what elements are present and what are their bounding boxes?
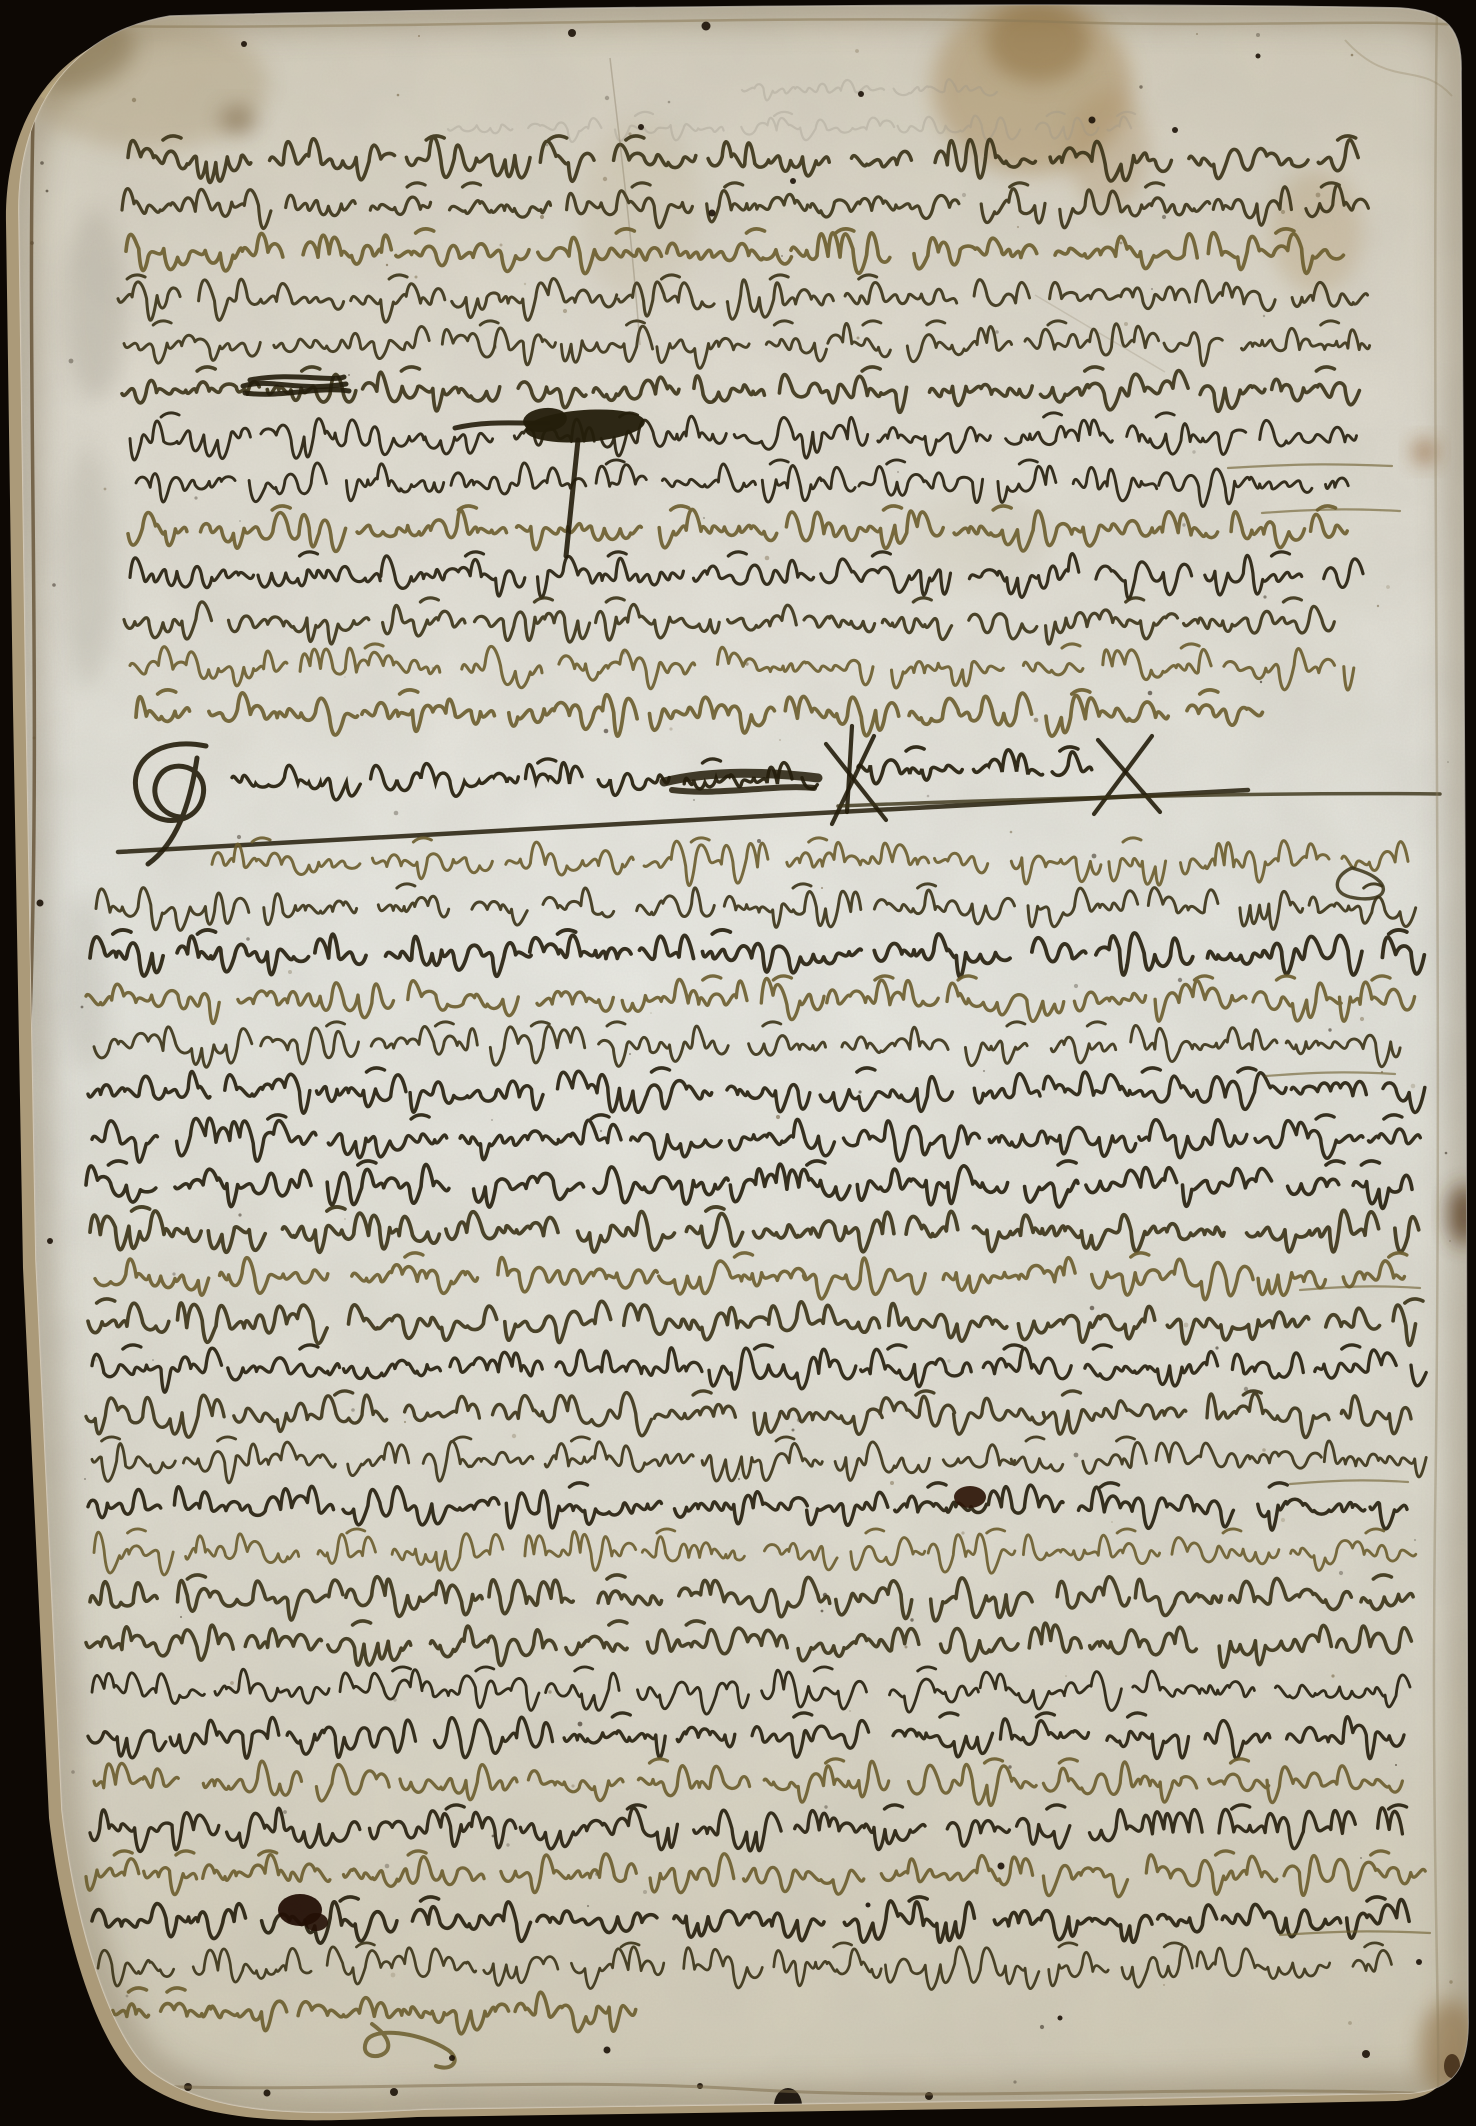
worm-hole — [1089, 117, 1096, 124]
speckle — [172, 1272, 175, 1275]
speckle — [344, 676, 346, 678]
worm-hole — [449, 2055, 455, 2061]
worm-hole — [568, 29, 576, 37]
speckle — [821, 887, 823, 889]
speckle — [540, 215, 544, 219]
speckle — [629, 1053, 631, 1055]
stain — [62, 445, 114, 685]
speckle — [239, 520, 241, 522]
speckle — [1092, 854, 1097, 859]
speckle — [563, 309, 567, 313]
speckle — [1360, 1017, 1364, 1021]
speckle — [757, 839, 761, 843]
speckle — [180, 1616, 182, 1618]
speckle — [104, 488, 107, 491]
speckle — [40, 161, 44, 165]
speckle — [587, 1905, 589, 1907]
speckle — [643, 1890, 647, 1894]
speckle — [394, 811, 399, 816]
speckle — [1013, 2080, 1016, 2083]
speckle — [126, 1995, 129, 1998]
speckle — [821, 1610, 824, 1613]
speckle — [1263, 595, 1266, 598]
worm-hole — [37, 900, 44, 907]
speckle — [603, 177, 607, 181]
speckle — [1139, 85, 1142, 88]
speckle — [1447, 761, 1449, 763]
speckle — [1262, 1448, 1266, 1452]
speckle — [1414, 1539, 1416, 1541]
speckle — [1182, 523, 1185, 526]
ink-blot — [954, 1486, 986, 1508]
stain — [220, 106, 256, 134]
speckle — [1008, 1765, 1011, 1768]
speckle — [1178, 978, 1182, 982]
manuscript-scan-page: Scanned handwritten manuscript page — [0, 0, 1476, 2126]
speckle — [1449, 1240, 1451, 1242]
speckle — [524, 283, 526, 285]
speckle — [905, 1646, 908, 1649]
speckle — [779, 739, 781, 741]
speckle — [703, 517, 705, 519]
speckle — [1111, 1521, 1113, 1523]
speckle — [69, 359, 74, 364]
speckle — [669, 727, 672, 730]
speckle — [418, 35, 420, 37]
speckle — [1065, 1675, 1067, 1677]
speckle — [1256, 33, 1260, 37]
speckle — [246, 937, 250, 941]
speckle — [1411, 1084, 1416, 1089]
speckle — [1331, 1674, 1334, 1677]
speckle — [857, 337, 860, 340]
speckle — [849, 1710, 851, 1712]
speckle — [1074, 1453, 1079, 1458]
speckle — [604, 729, 609, 734]
worm-hole — [702, 22, 711, 31]
speckle — [1445, 1152, 1448, 1155]
worm-hole — [264, 2090, 271, 2097]
stain — [64, 900, 108, 1070]
worm-hole — [790, 178, 796, 184]
speckle — [858, 1090, 861, 1093]
speckle — [1395, 1764, 1397, 1766]
speckle — [1163, 1984, 1165, 1986]
speckle — [415, 276, 418, 279]
speckle — [237, 835, 241, 839]
speckle — [781, 255, 783, 257]
speckle — [548, 1690, 551, 1693]
speckle — [230, 1681, 234, 1685]
speckle — [506, 1843, 509, 1846]
speckle — [1034, 718, 1039, 723]
speckle — [500, 244, 503, 247]
speckle — [824, 1805, 827, 1808]
worm-hole — [709, 210, 716, 217]
speckle — [600, 1130, 602, 1132]
speckle — [84, 1478, 86, 1480]
stain — [1413, 440, 1437, 464]
speckle — [397, 94, 400, 97]
speckle — [348, 374, 350, 376]
worm-hole — [638, 124, 644, 130]
speckle — [1386, 585, 1390, 589]
ink-blot — [304, 1913, 328, 1931]
speckle — [81, 1006, 84, 1009]
speckle — [46, 190, 49, 193]
speckle — [1196, 33, 1198, 35]
speckle — [983, 1070, 985, 1072]
speckle — [385, 1864, 390, 1869]
speckle — [1120, 242, 1123, 245]
speckle — [1215, 1346, 1218, 1349]
speckle — [1281, 210, 1285, 214]
speckle — [1360, 1857, 1362, 1859]
speckle — [1184, 1323, 1189, 1328]
stain — [1068, 90, 1148, 210]
speckle — [1328, 1028, 1331, 1031]
speckle — [776, 1115, 780, 1119]
manuscript-scan: Scanned handwritten manuscript page — [0, 0, 1476, 2126]
speckle — [927, 795, 930, 798]
speckle — [792, 1429, 795, 1432]
speckle — [947, 1359, 950, 1362]
speckle — [1348, 2021, 1352, 2025]
speckle — [512, 1434, 516, 1438]
speckle — [1449, 1980, 1452, 1983]
speckle — [855, 49, 859, 53]
speckle — [344, 1218, 346, 1220]
speckle — [1263, 315, 1265, 317]
speckle — [404, 1421, 406, 1423]
worm-hole — [998, 1863, 1005, 1870]
worm-hole — [858, 91, 864, 97]
speckle — [1316, 193, 1321, 198]
speckle — [194, 496, 197, 499]
speckle — [571, 1784, 574, 1787]
worm-hole — [866, 1903, 871, 1908]
speckle — [391, 1973, 396, 1978]
speckle — [1124, 322, 1128, 326]
stain — [986, 2, 1090, 82]
speckle — [765, 556, 770, 561]
stain — [65, 210, 125, 400]
speckle — [386, 264, 388, 266]
speckle — [1339, 1571, 1343, 1575]
speckle — [1148, 691, 1153, 696]
speckle — [668, 101, 671, 104]
speckle — [351, 1408, 355, 1412]
worm-hole — [1172, 127, 1178, 133]
worm-hole — [1058, 2016, 1063, 2021]
speckle — [1162, 215, 1166, 219]
speckle — [1260, 681, 1262, 683]
speckle — [1281, 1518, 1285, 1522]
speckle — [1151, 288, 1153, 290]
speckle — [1192, 450, 1195, 453]
speckle — [1377, 605, 1379, 607]
speckle — [132, 98, 136, 102]
speckle — [961, 1531, 964, 1534]
speckle — [1351, 54, 1354, 57]
speckle — [693, 799, 695, 801]
worm-hole — [604, 2047, 611, 2054]
speckle — [1040, 2025, 1044, 2029]
speckle — [910, 1618, 913, 1621]
speckle — [890, 1481, 894, 1485]
worm-hole — [1416, 1959, 1422, 1965]
speckle — [650, 1012, 652, 1014]
speckle — [283, 1810, 287, 1814]
worm-hole — [1362, 2050, 1370, 2058]
worm-hole — [390, 2088, 398, 2096]
speckle — [897, 471, 899, 473]
speckle — [288, 970, 292, 974]
speckle — [152, 1359, 154, 1361]
speckle — [1017, 226, 1019, 228]
worm-hole — [241, 41, 247, 47]
speckle — [995, 330, 999, 334]
speckle — [1090, 1306, 1095, 1311]
speckle — [491, 1119, 493, 1121]
speckle — [605, 96, 609, 100]
speckle — [238, 1213, 241, 1216]
speckle — [1074, 984, 1078, 988]
speckle — [578, 1722, 583, 1727]
worm-hole — [1256, 54, 1261, 59]
speckle — [962, 193, 966, 197]
worm-hole — [47, 1238, 53, 1244]
speckle — [1010, 831, 1013, 834]
speckle — [738, 1478, 740, 1480]
speckle — [71, 1770, 75, 1774]
speckle — [52, 583, 56, 587]
